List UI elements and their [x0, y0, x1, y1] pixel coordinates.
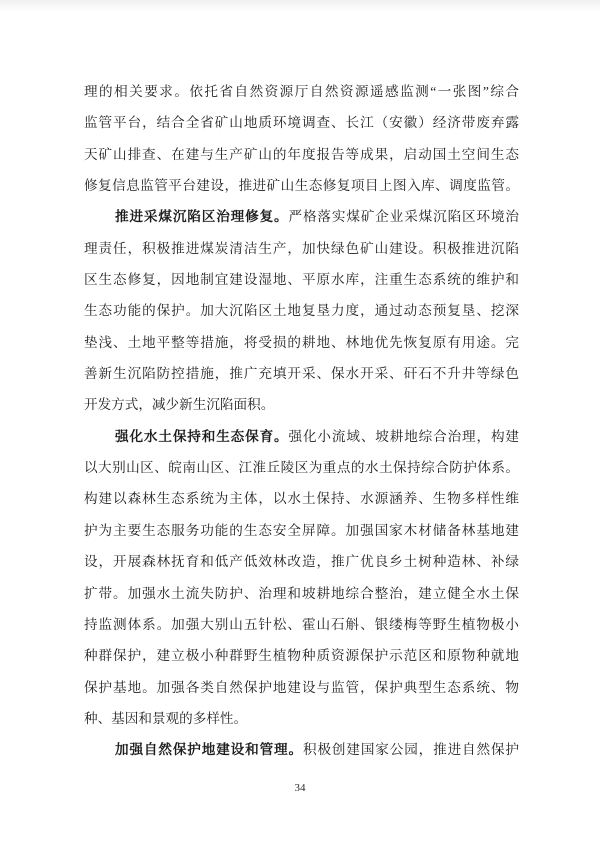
text-line: 理的相关要求。依托省自然资源厅自然资源遥感监测“一张图”综合: [84, 76, 519, 107]
paragraph-lead: 推进采煤沉陷区治理修复。: [115, 209, 289, 224]
text-line: 监管平台，结合全省矿山地质环境调查、长江（安徽）经济带废弃露: [84, 107, 519, 138]
scan-edge-shade: [0, 0, 600, 12]
page-number: 34: [0, 782, 600, 794]
text-line: 修复信息监管平台建设，推进矿山生态修复项目上图入库、调度监管。: [84, 170, 519, 201]
text-line: 持监测体系。加强大别山五针松、霍山石斛、银缕梅等野生植物极小: [84, 609, 519, 640]
paragraph-lead-line: 推进采煤沉陷区治理修复。严格落实煤矿企业采煤沉陷区环境治: [84, 201, 519, 232]
text-line: 垫浅、土地平整等措施，将受损的耕地、林地优先恢复原有用途。完: [84, 327, 519, 358]
text-line: 开发方式，减少新生沉陷面积。: [84, 389, 519, 420]
document-page: 理的相关要求。依托省自然资源厅自然资源遥感监测“一张图”综合 监管平台，结合全省…: [0, 0, 600, 848]
text-line: 善新生沉陷防控措施，推广充填开采、保水开采、矸石不升井等绿色: [84, 358, 519, 389]
text-line: 生态功能的保护。加大沉陷区土地复垦力度，通过动态预复垦、挖深: [84, 295, 519, 326]
text-line: 设，开展森林抚育和低产低效林改造，推广优良乡土树种造林、补绿: [84, 546, 519, 577]
text-line: 保护基地。加强各类自然保护地建设与监管，保护典型生态系统、物: [84, 672, 519, 703]
paragraph-lead: 加强自然保护地建设和管理。: [115, 742, 303, 757]
text-line: 种、基因和景观的多样性。: [84, 703, 519, 734]
text-run: 严格落实煤矿企业采煤沉陷区环境治: [289, 209, 519, 224]
text-line: 天矿山排查、在建与生产矿山的年度报告等成果，启动国土空间生态: [84, 139, 519, 170]
body-text: 理的相关要求。依托省自然资源厅自然资源遥感监测“一张图”综合 监管平台，结合全省…: [84, 76, 519, 766]
text-line: 构建以森林生态系统为主体，以水土保持、水源涵养、生物多样性维: [84, 483, 519, 514]
paragraph-lead-line: 加强自然保护地建设和管理。积极创建国家公园，推进自然保护: [84, 734, 519, 765]
text-line: 护为主要生态服务功能的生态安全屏障。加强国家木材储备林基地建: [84, 515, 519, 546]
text-run: 强化小流域、坡耕地综合治理，构建: [289, 429, 519, 444]
text-run: 积极创建国家公园，推进自然保护: [303, 742, 519, 757]
text-line: 区生态修复，因地制宜建设湿地、平原水库，注重生态系统的维护和: [84, 264, 519, 295]
text-line: 扩带。加强水土流失防护、治理和坡耕地综合整治，建立健全水土保: [84, 578, 519, 609]
text-line: 种群保护，建立极小种群野生植物种质资源保护示范区和原物种就地: [84, 640, 519, 671]
text-line: 理责任，积极推进煤炭清洁生产，加快绿色矿山建设。积极推进沉陷: [84, 233, 519, 264]
text-line: 以大别山区、皖南山区、江淮丘陵区为重点的水土保持综合防护体系。: [84, 452, 519, 483]
paragraph-lead: 强化水土保持和生态保育。: [115, 429, 289, 444]
paragraph-lead-line: 强化水土保持和生态保育。强化小流域、坡耕地综合治理，构建: [84, 421, 519, 452]
